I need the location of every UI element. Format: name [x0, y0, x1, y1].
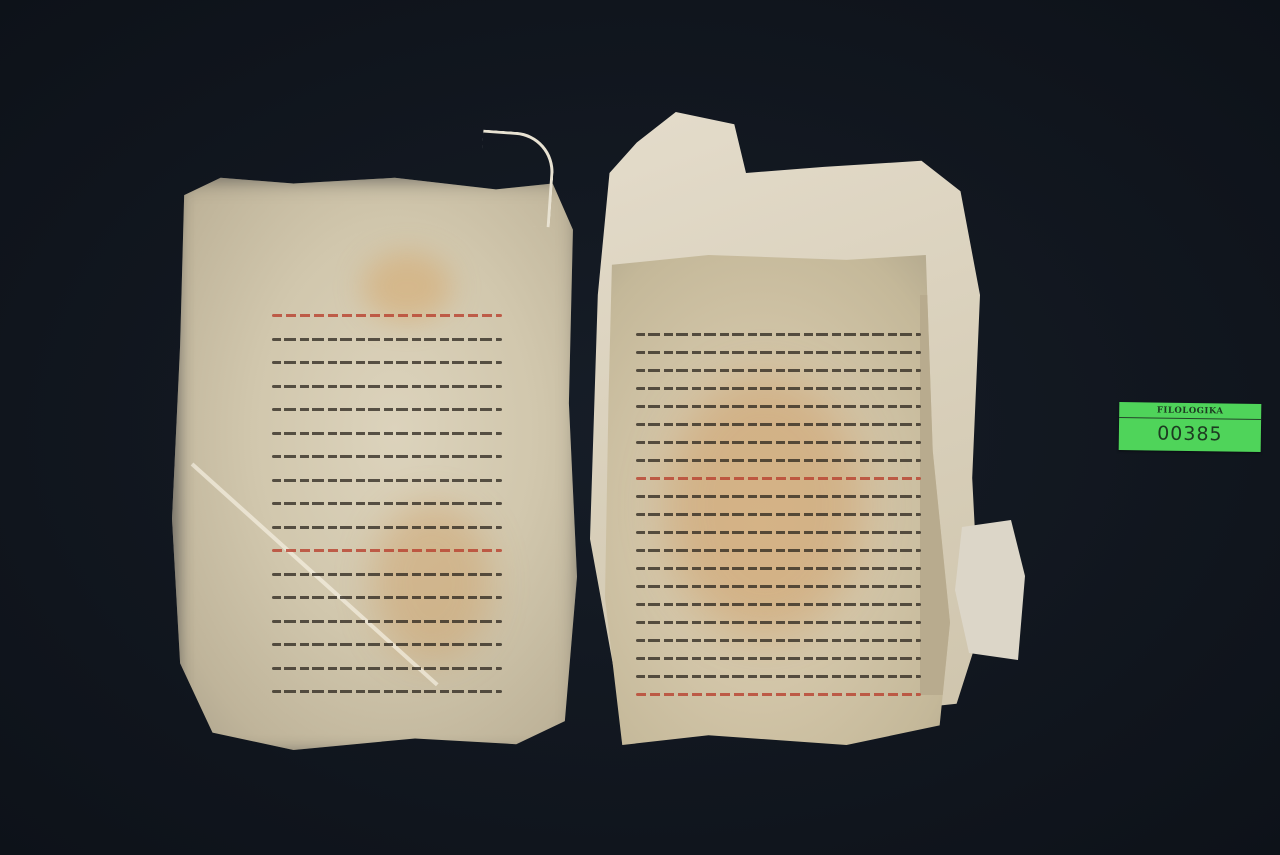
script-line: [636, 441, 921, 444]
label-brand: FILOLOGIKA: [1119, 402, 1261, 420]
script-line: [636, 549, 921, 552]
script-line: [272, 385, 502, 388]
script-line: [272, 361, 502, 364]
left-page-script-text: [272, 314, 502, 714]
script-line: [636, 567, 921, 570]
script-line: [636, 603, 921, 606]
script-line: [636, 351, 921, 354]
script-line: [636, 369, 921, 372]
script-line: [272, 526, 502, 529]
script-line: [636, 675, 921, 678]
right-page-script-text: [636, 333, 921, 711]
script-line: [272, 314, 502, 317]
script-line: [636, 405, 921, 408]
script-line: [272, 338, 502, 341]
script-line: [636, 459, 921, 462]
script-line: [272, 667, 502, 670]
script-line: [272, 573, 502, 576]
script-line: [636, 477, 921, 480]
script-line: [636, 585, 921, 588]
script-line: [272, 690, 502, 693]
script-line: [636, 387, 921, 390]
script-line: [272, 596, 502, 599]
script-line: [272, 502, 502, 505]
script-line: [636, 693, 921, 696]
script-line: [272, 549, 502, 552]
script-line: [636, 495, 921, 498]
script-line: [272, 620, 502, 623]
script-line: [636, 621, 921, 624]
script-line: [272, 455, 502, 458]
script-line: [636, 657, 921, 660]
script-line: [272, 479, 502, 482]
script-line: [272, 408, 502, 411]
label-number: 00385: [1119, 418, 1261, 450]
script-line: [636, 423, 921, 426]
script-line: [636, 639, 921, 642]
catalog-label: FILOLOGIKA 00385: [1119, 402, 1262, 452]
script-line: [636, 531, 921, 534]
script-line: [272, 432, 502, 435]
script-line: [636, 513, 921, 516]
script-line: [272, 643, 502, 646]
script-line: [636, 333, 921, 336]
